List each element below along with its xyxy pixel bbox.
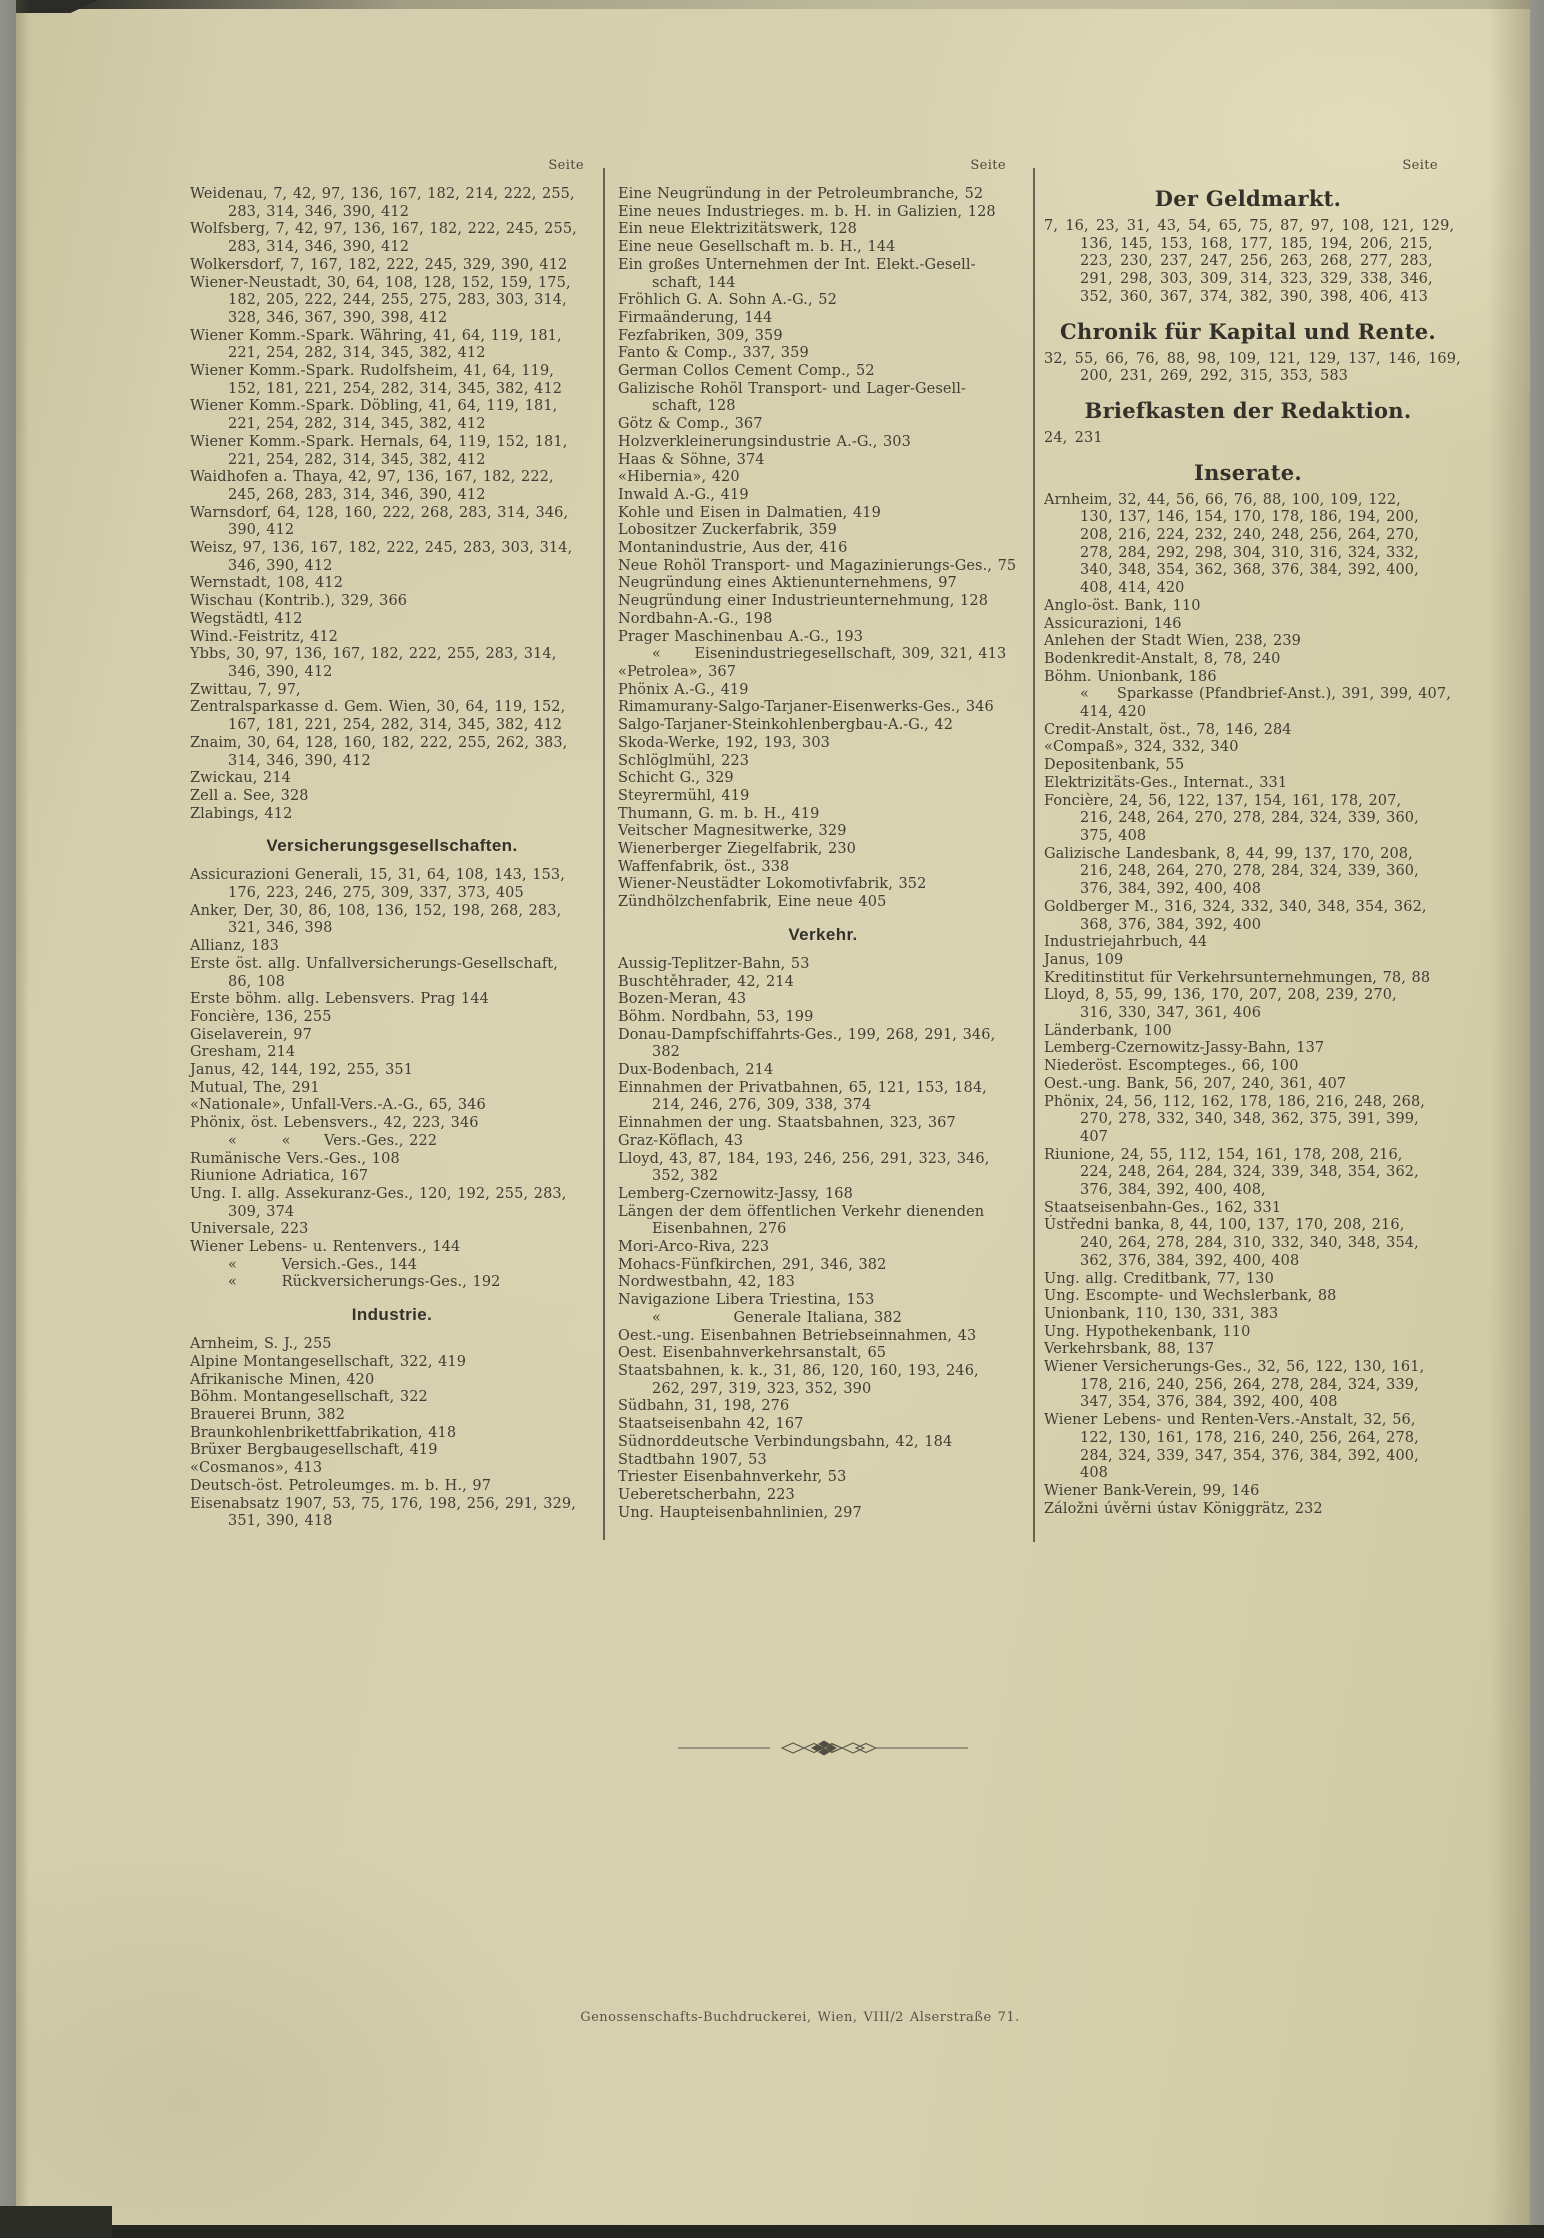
index-line: 240, 264, 278, 284, 310, 332, 340, 348, … — [1044, 1235, 1452, 1253]
index-line: Záložni úvěrni ústav Königgrätz, 232 — [1044, 1501, 1452, 1519]
index-line: Einnahmen der ung. Staatsbahnen, 323, 36… — [618, 1115, 1028, 1133]
index-line: schaft, 144 — [618, 275, 1028, 293]
index-line: « « Vers.-Ges., 222 — [190, 1133, 594, 1151]
index-line: « Sparkasse (Pfandbrief-Anst.), 391, 399… — [1044, 686, 1452, 704]
index-line: 376, 384, 392, 400, 408, — [1044, 1182, 1452, 1200]
index-line: « Generale Italiana, 382 — [618, 1310, 1028, 1328]
index-line: Ueberetscherbahn, 223 — [618, 1487, 1028, 1505]
index-column-left: Seite Weidenau, 7, 42, 97, 136, 167, 182… — [190, 158, 594, 1531]
index-line: Goldberger M., 316, 324, 332, 340, 348, … — [1044, 899, 1452, 917]
index-line: Wiener Komm.-Spark. Währing, 41, 64, 119… — [190, 328, 594, 346]
index-line: Mori-Arco-Riva, 223 — [618, 1239, 1028, 1257]
index-line: 216, 248, 264, 270, 278, 284, 324, 339, … — [1044, 810, 1452, 828]
section-header: Industrie. — [190, 1304, 594, 1326]
index-line: Foncière, 24, 56, 122, 137, 154, 161, 17… — [1044, 793, 1452, 811]
index-line: Graz-Köflach, 43 — [618, 1133, 1028, 1151]
index-line: Montanindustrie, Aus der, 416 — [618, 540, 1028, 558]
index-line: Anker, Der, 30, 86, 108, 136, 152, 198, … — [190, 903, 594, 921]
index-line: Gresham, 214 — [190, 1044, 594, 1062]
index-line: Länderbank, 100 — [1044, 1023, 1452, 1041]
index-line: 86, 108 — [190, 974, 594, 992]
index-line: Zwickau, 214 — [190, 770, 594, 788]
seite-label: Seite — [1044, 158, 1452, 174]
index-line: Wiener-Neustadt, 30, 64, 108, 128, 152, … — [190, 275, 594, 293]
index-line: « Rückversicherungs-Ges., 192 — [190, 1274, 594, 1292]
index-section: Weidenau, 7, 42, 97, 136, 167, 182, 214,… — [190, 186, 594, 823]
seite-label: Seite — [190, 158, 594, 174]
index-line: Ung. allg. Creditbank, 77, 130 — [1044, 1271, 1452, 1289]
index-line: Deutsch-öst. Petroleumges. m. b. H., 97 — [190, 1478, 594, 1496]
index-line: Afrikanische Minen, 420 — [190, 1372, 594, 1390]
index-line: Prager Maschinenbau A.-G., 193 — [618, 629, 1028, 647]
index-line: Verkehrsbank, 88, 137 — [1044, 1341, 1452, 1359]
index-line: Dux-Bodenbach, 214 — [618, 1062, 1028, 1080]
index-line: Schicht G., 329 — [618, 770, 1028, 788]
index-line: Assicurazioni, 146 — [1044, 616, 1452, 634]
index-line: Ung. I. allg. Assekuranz-Ges., 120, 192,… — [190, 1186, 594, 1204]
index-line: Eine neue Gesellschaft m. b. H., 144 — [618, 239, 1028, 257]
index-line: 221, 254, 282, 314, 345, 382, 412 — [190, 345, 594, 363]
index-line: Eine Neugründung in der Petroleumbranche… — [618, 186, 1028, 204]
section-header: Briefkasten der Redaktion. — [1044, 398, 1452, 424]
index-line: Phönix, öst. Lebensvers., 42, 223, 346 — [190, 1115, 594, 1133]
index-line: Ústředni banka, 8, 44, 100, 137, 170, 20… — [1044, 1217, 1452, 1235]
index-line: Zell a. See, 328 — [190, 788, 594, 806]
index-line: 122, 130, 161, 178, 216, 240, 256, 264, … — [1044, 1430, 1452, 1448]
index-line: 407 — [1044, 1129, 1452, 1147]
index-line: 32, 55, 66, 76, 88, 98, 109, 121, 129, 1… — [1044, 351, 1452, 369]
index-line: Riunione Adriatica, 167 — [190, 1168, 594, 1186]
index-line: 346, 390, 412 — [190, 558, 594, 576]
index-line: Neue Rohöl Transport- und Magazinierungs… — [618, 558, 1028, 576]
index-line: Ein großes Unternehmen der Int. Elekt.-G… — [618, 257, 1028, 275]
index-line: Donau-Dampfschiffahrts-Ges., 199, 268, 2… — [618, 1027, 1028, 1045]
index-line: Veitscher Magnesitwerke, 329 — [618, 823, 1028, 841]
index-line: Riunione, 24, 55, 112, 154, 161, 178, 20… — [1044, 1147, 1452, 1165]
scan-edge-right — [1530, 0, 1544, 2238]
index-line: 284, 324, 339, 347, 354, 376, 384, 392, … — [1044, 1448, 1452, 1466]
index-line: Brüxer Bergbaugesellschaft, 419 — [190, 1442, 594, 1460]
index-line: Weidenau, 7, 42, 97, 136, 167, 182, 214,… — [190, 186, 594, 204]
index-line: 346, 390, 412 — [190, 664, 594, 682]
index-line: Wernstadt, 108, 412 — [190, 575, 594, 593]
index-line: Wienerberger Ziegelfabrik, 230 — [618, 841, 1028, 859]
index-line: Anlehen der Stadt Wien, 238, 239 — [1044, 633, 1452, 651]
index-line: 176, 223, 246, 275, 309, 337, 373, 405 — [190, 885, 594, 903]
section-header: Versicherungsgesellschaften. — [190, 835, 594, 857]
index-line: Znaim, 30, 64, 128, 160, 182, 222, 255, … — [190, 735, 594, 753]
index-section: Versicherungsgesellschaften.Assicurazion… — [190, 835, 594, 1292]
index-line: Stadtbahn 1907, 53 — [618, 1452, 1028, 1470]
index-line: Mutual, The, 291 — [190, 1080, 594, 1098]
index-line: Anglo-öst. Bank, 110 — [1044, 598, 1452, 616]
index-line: 223, 230, 237, 247, 256, 263, 268, 277, … — [1044, 253, 1452, 271]
index-line: Janus, 42, 144, 192, 255, 351 — [190, 1062, 594, 1080]
paper-fold-left — [16, 0, 32, 2238]
index-line: Depositenbank, 55 — [1044, 757, 1452, 775]
index-line: Ung. Haupteisenbahnlinien, 297 — [618, 1505, 1028, 1523]
index-line: « Eisenindustriegesellschaft, 309, 321, … — [618, 646, 1028, 664]
index-line: German Collos Cement Comp., 52 — [618, 363, 1028, 381]
index-line: 178, 216, 240, 256, 264, 278, 284, 324, … — [1044, 1377, 1452, 1395]
printer-imprint: Genossenschafts-Buchdruckerei, Wien, VII… — [540, 2010, 1060, 2026]
index-line: 224, 248, 264, 284, 324, 339, 348, 354, … — [1044, 1164, 1452, 1182]
section-header: Chronik für Kapital und Rente. — [1044, 319, 1452, 345]
index-section: Chronik für Kapital und Rente.32, 55, 66… — [1044, 319, 1452, 386]
index-section: Eine Neugründung in der Petroleumbranche… — [618, 186, 1028, 912]
index-line: 351, 390, 418 — [190, 1513, 594, 1531]
index-line: Wind.-Feistritz, 412 — [190, 629, 594, 647]
index-line: Wischau (Kontrib.), 329, 366 — [190, 593, 594, 611]
section-header: Der Geldmarkt. — [1044, 186, 1452, 212]
index-line: Phönix A.-G., 419 — [618, 682, 1028, 700]
index-line: Erste böhm. allg. Lebensvers. Prag 144 — [190, 991, 594, 1009]
index-line: Kreditinstitut für Verkehrsunternehmunge… — [1044, 970, 1452, 988]
index-line: Oest.-ung. Eisenbahnen Betriebseinnahmen… — [618, 1328, 1028, 1346]
index-section: Inserate.Arnheim, 32, 44, 56, 66, 76, 88… — [1044, 460, 1452, 1519]
index-line: Lloyd, 8, 55, 99, 136, 170, 207, 208, 23… — [1044, 987, 1452, 1005]
index-line: Industriejahrbuch, 44 — [1044, 934, 1452, 952]
index-line: Südnorddeutsche Verbindungsbahn, 42, 184 — [618, 1434, 1028, 1452]
index-line: 368, 376, 384, 392, 400 — [1044, 917, 1452, 935]
index-line: 221, 254, 282, 314, 345, 382, 412 — [190, 416, 594, 434]
column-rule-left — [603, 168, 605, 1540]
scan-edge-top — [0, 0, 1544, 9]
index-line: Neugründung einer Industrieunternehmung,… — [618, 593, 1028, 611]
index-line: Rumänische Vers.-Ges., 108 — [190, 1151, 594, 1169]
index-line: Staatseisenbahn 42, 167 — [618, 1416, 1028, 1434]
index-line: Wiener-Neustädter Lokomotivfabrik, 352 — [618, 876, 1028, 894]
index-line: 382 — [618, 1044, 1028, 1062]
index-line: 214, 246, 276, 309, 338, 374 — [618, 1097, 1028, 1115]
index-line: 270, 278, 332, 340, 348, 362, 375, 391, … — [1044, 1111, 1452, 1129]
index-line: Eisenabsatz 1907, 53, 75, 176, 198, 256,… — [190, 1496, 594, 1514]
column-rule-right — [1033, 168, 1035, 1542]
index-line: 309, 374 — [190, 1204, 594, 1222]
index-line: Galizische Rohöl Transport- und Lager-Ge… — [618, 381, 1028, 399]
index-line: 130, 137, 146, 154, 170, 178, 186, 194, … — [1044, 509, 1452, 527]
index-line: 245, 268, 283, 314, 346, 390, 412 — [190, 487, 594, 505]
index-section: Industrie.Arnheim, S. J., 255Alpine Mont… — [190, 1304, 594, 1531]
diamond-chain-divider-ornament — [678, 1735, 968, 1761]
index-line: Wegstädtl, 412 — [190, 611, 594, 629]
index-line: Kohle und Eisen in Dalmatien, 419 — [618, 505, 1028, 523]
index-line: Nordwestbahn, 42, 183 — [618, 1274, 1028, 1292]
index-line: «Hibernia», 420 — [618, 469, 1028, 487]
index-line: Credit-Anstalt, öst., 78, 146, 284 — [1044, 722, 1452, 740]
scan-edge-left — [0, 0, 16, 2238]
index-line: 278, 284, 292, 298, 304, 310, 316, 324, … — [1044, 545, 1452, 563]
index-line: Braunkohlenbrikettfabrikation, 418 — [190, 1425, 594, 1443]
index-line: Wiener Komm.-Spark. Rudolfsheim, 41, 64,… — [190, 363, 594, 381]
index-line: Bozen-Meran, 43 — [618, 991, 1028, 1009]
index-line: 352, 360, 367, 374, 382, 390, 398, 406, … — [1044, 289, 1452, 307]
index-line: schaft, 128 — [618, 398, 1028, 416]
index-line: Oest. Eisenbahnverkehrsanstalt, 65 — [618, 1345, 1028, 1363]
scan-edge-bottom — [0, 2225, 1544, 2238]
index-line: 408 — [1044, 1465, 1452, 1483]
index-line: Assicurazioni Generali, 15, 31, 64, 108,… — [190, 867, 594, 885]
index-line: Zündhölzchenfabrik, Eine neue 405 — [618, 894, 1028, 912]
index-line: «Cosmanos», 413 — [190, 1460, 594, 1478]
index-line: Böhm. Montangesellschaft, 322 — [190, 1389, 594, 1407]
index-line: Ein neue Elektrizitätswerk, 128 — [618, 221, 1028, 239]
index-line: «Compaß», 324, 332, 340 — [1044, 739, 1452, 757]
index-line: Steyrermühl, 419 — [618, 788, 1028, 806]
index-line: 208, 216, 224, 232, 240, 248, 256, 264, … — [1044, 527, 1452, 545]
index-column-middle: Seite Eine Neugründung in der Petroleumb… — [618, 158, 1028, 1522]
index-line: Alpine Montangesellschaft, 322, 419 — [190, 1354, 594, 1372]
index-line: Staatsbahnen, k. k., 31, 86, 120, 160, 1… — [618, 1363, 1028, 1381]
index-line: Niederöst. Escompteges., 66, 100 — [1044, 1058, 1452, 1076]
seite-label: Seite — [618, 158, 1028, 174]
index-line: 390, 412 — [190, 522, 594, 540]
index-line: Ybbs, 30, 97, 136, 167, 182, 222, 255, 2… — [190, 646, 594, 664]
index-line: Rimamurany-Salgo-Tarjaner-Eisenwerks-Ges… — [618, 699, 1028, 717]
index-line: Fezfabriken, 309, 359 — [618, 328, 1028, 346]
index-line: Nordbahn-A.-G., 198 — [618, 611, 1028, 629]
index-line: Wiener Bank-Verein, 99, 146 — [1044, 1483, 1452, 1501]
index-line: Längen der dem öffentlichen Verkehr dien… — [618, 1204, 1028, 1222]
index-line: 375, 408 — [1044, 828, 1452, 846]
index-line: Foncière, 136, 255 — [190, 1009, 594, 1027]
index-line: 24, 231 — [1044, 430, 1452, 448]
index-line: Mohacs-Fünfkirchen, 291, 346, 382 — [618, 1257, 1028, 1275]
index-line: Staatseisenbahn-Ges., 162, 331 — [1044, 1200, 1452, 1218]
index-line: Fanto & Comp., 337, 359 — [618, 345, 1028, 363]
index-line: Weisz, 97, 136, 167, 182, 222, 245, 283,… — [190, 540, 594, 558]
index-line: 152, 181, 221, 254, 282, 314, 345, 382, … — [190, 381, 594, 399]
index-line: 314, 346, 390, 412 — [190, 753, 594, 771]
index-line: Elektrizitäts-Ges., Internat., 331 — [1044, 775, 1452, 793]
index-line: 262, 297, 319, 323, 352, 390 — [618, 1381, 1028, 1399]
index-line: 182, 205, 222, 244, 255, 275, 283, 303, … — [190, 292, 594, 310]
index-line: Unionbank, 110, 130, 331, 383 — [1044, 1306, 1452, 1324]
index-line: Lemberg-Czernowitz-Jassy, 168 — [618, 1186, 1028, 1204]
index-line: Arnheim, 32, 44, 56, 66, 76, 88, 100, 10… — [1044, 492, 1452, 510]
index-line: Ung. Hypothekenbank, 110 — [1044, 1324, 1452, 1342]
index-section: Verkehr.Aussig-Teplitzer-Bahn, 53Buschtě… — [618, 924, 1028, 1523]
index-line: Zwittau, 7, 97, — [190, 682, 594, 700]
index-line: Lloyd, 43, 87, 184, 193, 246, 256, 291, … — [618, 1151, 1028, 1169]
index-line: Phönix, 24, 56, 112, 162, 178, 186, 216,… — [1044, 1094, 1452, 1112]
index-line: Wiener Komm.-Spark. Hernals, 64, 119, 15… — [190, 434, 594, 452]
scanned-index-page: Seite Weidenau, 7, 42, 97, 136, 167, 182… — [0, 0, 1544, 2238]
index-line: 376, 384, 392, 400, 408 — [1044, 881, 1452, 899]
index-line: Schlöglmühl, 223 — [618, 753, 1028, 771]
index-line: Böhm. Nordbahn, 53, 199 — [618, 1009, 1028, 1027]
index-line: Fröhlich G. A. Sohn A.-G., 52 — [618, 292, 1028, 310]
index-line: « Versich.-Ges., 144 — [190, 1257, 594, 1275]
index-line: Thumann, G. m. b. H., 419 — [618, 806, 1028, 824]
index-line: 340, 348, 354, 362, 368, 376, 384, 392, … — [1044, 562, 1452, 580]
index-line: Ung. Escompte- und Wechslerbank, 88 — [1044, 1288, 1452, 1306]
index-line: 283, 314, 346, 390, 412 — [190, 239, 594, 257]
index-line: Holzverkleinerungsindustrie A.-G., 303 — [618, 434, 1028, 452]
index-line: Haas & Söhne, 374 — [618, 452, 1028, 470]
index-line: Eine neues Industrieges. m. b. H. in Gal… — [618, 204, 1028, 222]
index-line: «Petrolea», 367 — [618, 664, 1028, 682]
index-line: 328, 346, 367, 390, 398, 412 — [190, 310, 594, 328]
index-line: Südbahn, 31, 198, 276 — [618, 1398, 1028, 1416]
index-line: Wolfsberg, 7, 42, 97, 136, 167, 182, 222… — [190, 221, 594, 239]
index-line: Universale, 223 — [190, 1221, 594, 1239]
index-line: 408, 414, 420 — [1044, 580, 1452, 598]
index-line: Erste öst. allg. Unfallversicherungs-Ges… — [190, 956, 594, 974]
paper-fold-right — [1488, 0, 1530, 2238]
index-line: Böhm. Unionbank, 186 — [1044, 669, 1452, 687]
index-line: 7, 16, 23, 31, 43, 54, 65, 75, 87, 97, 1… — [1044, 218, 1452, 236]
index-line: Waidhofen a. Thaya, 42, 97, 136, 167, 18… — [190, 469, 594, 487]
index-line: 221, 254, 282, 314, 345, 382, 412 — [190, 452, 594, 470]
index-line: Zentralsparkasse d. Gem. Wien, 30, 64, 1… — [190, 699, 594, 717]
index-line: 362, 376, 384, 392, 400, 408 — [1044, 1253, 1452, 1271]
index-line: Wiener Versicherungs-Ges., 32, 56, 122, … — [1044, 1359, 1452, 1377]
index-line: Lobositzer Zuckerfabrik, 359 — [618, 522, 1028, 540]
index-line: Arnheim, S. J., 255 — [190, 1336, 594, 1354]
index-line: Wiener Lebens- u. Rentenvers., 144 — [190, 1239, 594, 1257]
index-line: Oest.-ung. Bank, 56, 207, 240, 361, 407 — [1044, 1076, 1452, 1094]
index-line: Neugründung eines Aktienunternehmens, 97 — [618, 575, 1028, 593]
index-line: Inwald A.-G., 419 — [618, 487, 1028, 505]
index-line: 352, 382 — [618, 1168, 1028, 1186]
index-line: Galizische Landesbank, 8, 44, 99, 137, 1… — [1044, 846, 1452, 864]
index-column-right: Seite Der Geldmarkt.7, 16, 23, 31, 43, 5… — [1044, 158, 1452, 1518]
index-line: 347, 354, 376, 384, 392, 400, 408 — [1044, 1394, 1452, 1412]
index-line: Wolkersdorf, 7, 167, 182, 222, 245, 329,… — [190, 257, 594, 275]
index-line: Janus, 109 — [1044, 952, 1452, 970]
index-line: 321, 346, 398 — [190, 920, 594, 938]
index-line: 316, 330, 347, 361, 406 — [1044, 1005, 1452, 1023]
index-line: 200, 231, 269, 292, 315, 353, 583 — [1044, 368, 1452, 386]
index-line: Einnahmen der Privatbahnen, 65, 121, 153… — [618, 1080, 1028, 1098]
index-line: Allianz, 183 — [190, 938, 594, 956]
index-line: Salgo-Tarjaner-Steinkohlenbergbau-A.-G.,… — [618, 717, 1028, 735]
index-line: Buschtěhrader, 42, 214 — [618, 974, 1028, 992]
index-line: 136, 145, 153, 168, 177, 185, 194, 206, … — [1044, 236, 1452, 254]
index-line: Skoda-Werke, 192, 193, 303 — [618, 735, 1028, 753]
index-line: Götz & Comp., 367 — [618, 416, 1028, 434]
index-line: 216, 248, 264, 270, 278, 284, 324, 339, … — [1044, 863, 1452, 881]
index-line: 283, 314, 346, 390, 412 — [190, 204, 594, 222]
scan-corner-bottom-left — [0, 2206, 112, 2238]
index-line: Waffenfabrik, öst., 338 — [618, 859, 1028, 877]
index-line: Firmaänderung, 144 — [618, 310, 1028, 328]
index-line: 291, 298, 303, 309, 314, 323, 329, 338, … — [1044, 271, 1452, 289]
section-header: Verkehr. — [618, 924, 1028, 946]
index-line: 167, 181, 221, 254, 282, 314, 345, 382, … — [190, 717, 594, 735]
index-line: Triester Eisenbahnverkehr, 53 — [618, 1469, 1028, 1487]
index-line: Wiener Komm.-Spark. Döbling, 41, 64, 119… — [190, 398, 594, 416]
index-line: 414, 420 — [1044, 704, 1452, 722]
index-line: Aussig-Teplitzer-Bahn, 53 — [618, 956, 1028, 974]
index-line: Giselaverein, 97 — [190, 1027, 594, 1045]
index-line: «Nationale», Unfall-Vers.-A.-G., 65, 346 — [190, 1097, 594, 1115]
index-line: Navigazione Libera Triestina, 153 — [618, 1292, 1028, 1310]
index-line: Wiener Lebens- und Renten-Vers.-Anstalt,… — [1044, 1412, 1452, 1430]
index-section: Briefkasten der Redaktion.24, 231 — [1044, 398, 1452, 448]
index-line: Brauerei Brunn, 382 — [190, 1407, 594, 1425]
index-line: Bodenkredit-Anstalt, 8, 78, 240 — [1044, 651, 1452, 669]
index-section: Der Geldmarkt.7, 16, 23, 31, 43, 54, 65,… — [1044, 186, 1452, 307]
section-header: Inserate. — [1044, 460, 1452, 486]
index-line: Warnsdorf, 64, 128, 160, 222, 268, 283, … — [190, 505, 594, 523]
index-line: Lemberg-Czernowitz-Jassy-Bahn, 137 — [1044, 1040, 1452, 1058]
index-line: Zlabings, 412 — [190, 806, 594, 824]
index-line: Eisenbahnen, 276 — [618, 1221, 1028, 1239]
